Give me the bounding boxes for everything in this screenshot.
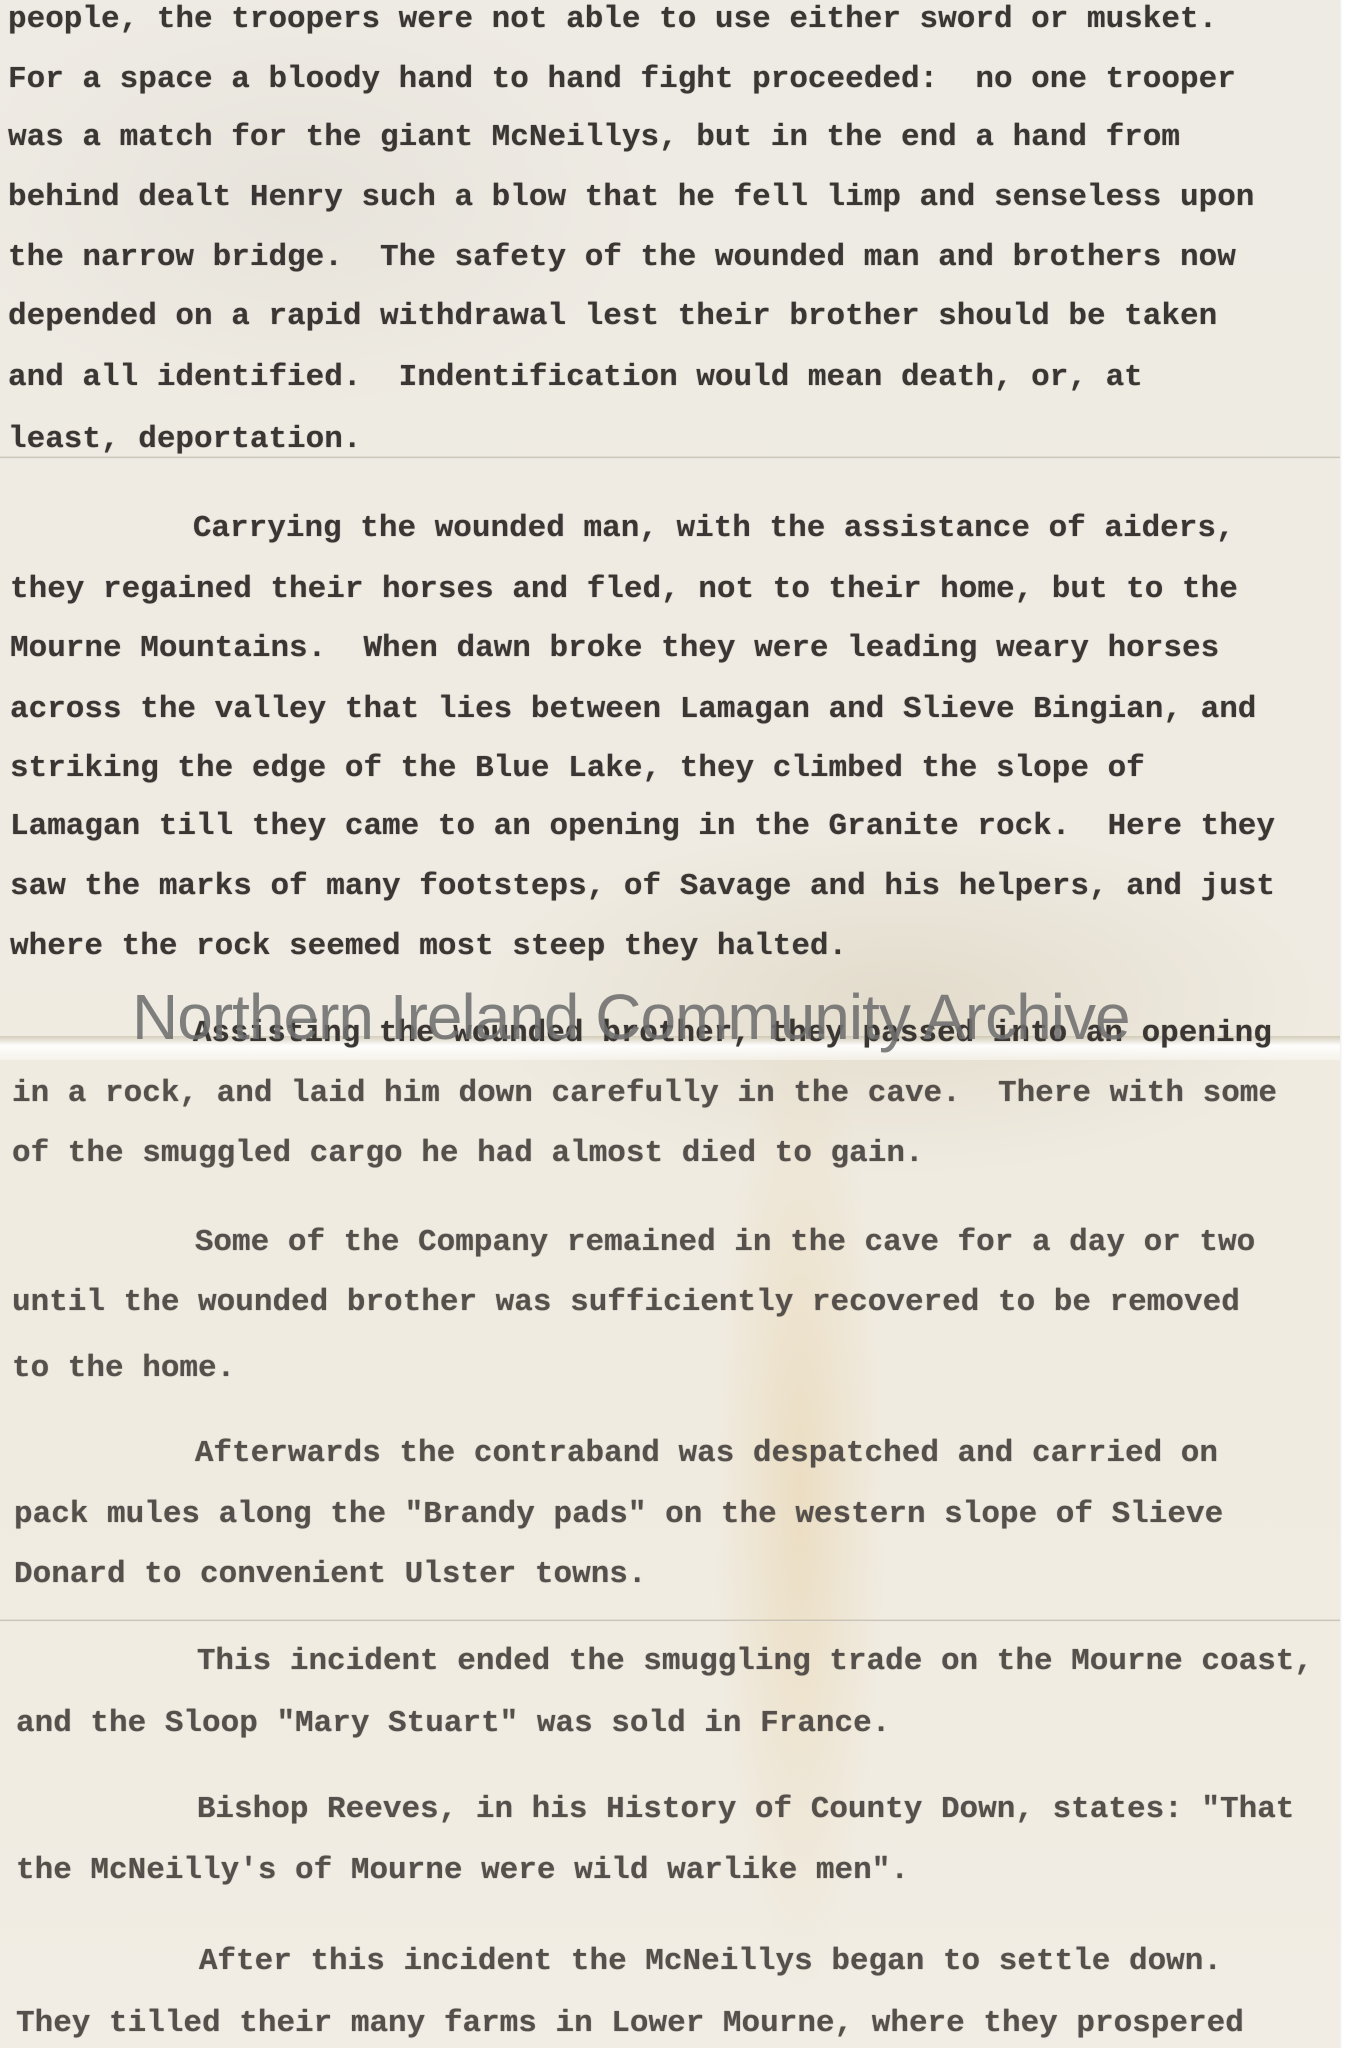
text-line: the narrow bridge. The safety of the wou…: [8, 240, 1236, 276]
text-line: and all identified. Indentification woul…: [8, 360, 1143, 396]
text-line: in a rock, and laid him down carefully i…: [12, 1076, 1277, 1112]
text-line: pack mules along the "Brandy pads" on th…: [14, 1497, 1223, 1533]
text-line: This incident ended the smuggling trade …: [48, 1644, 1313, 1680]
text-line: across the valley that lies between Lama…: [10, 692, 1256, 728]
text-line: until the wounded brother was sufficient…: [12, 1285, 1240, 1321]
text-line: depended on a rapid withdrawal lest thei…: [8, 299, 1217, 335]
text-line: striking the edge of the Blue Lake, they…: [10, 751, 1145, 787]
text-line: saw the marks of many footsteps, of Sava…: [10, 869, 1275, 905]
text-line: of the smuggled cargo he had almost died…: [12, 1136, 924, 1172]
archive-watermark: Northern Ireland Community Archive: [132, 982, 1130, 1052]
text-line: Some of the Company remained in the cave…: [46, 1225, 1255, 1261]
text-line: where the rock seemed most steep they ha…: [10, 929, 847, 965]
text-line: they regained their horses and fled, not…: [10, 572, 1238, 608]
text-line: least, deportation.: [8, 422, 361, 458]
text-line: Donard to convenient Ulster towns.: [14, 1557, 647, 1593]
typewritten-page: people, the troopers were not able to us…: [0, 0, 1340, 2048]
text-line: Afterwards the contraband was despatched…: [46, 1436, 1218, 1472]
text-line: people, the troopers were not able to us…: [8, 2, 1217, 38]
text-line: was a match for the giant McNeillys, but…: [8, 120, 1180, 156]
text-line: Mourne Mountains. When dawn broke they w…: [10, 631, 1219, 667]
paper-fold: [0, 1619, 1340, 1622]
text-line: the McNeilly's of Mourne were wild warli…: [16, 1853, 909, 1889]
text-line: Carrying the wounded man, with the assis…: [44, 511, 1235, 547]
text-line: They tilled their many farms in Lower Mo…: [16, 2006, 1244, 2042]
text-line: For a space a bloody hand to hand fight …: [8, 62, 1236, 98]
text-line: to the home.: [12, 1351, 235, 1387]
text-line: Bishop Reeves, in his History of County …: [48, 1792, 1294, 1828]
text-line: behind dealt Henry such a blow that he f…: [8, 180, 1254, 216]
text-line: and the Sloop "Mary Stuart" was sold in …: [16, 1706, 890, 1742]
text-line: After this incident the McNeillys began …: [50, 1944, 1222, 1980]
text-line: Lamagan till they came to an opening in …: [10, 809, 1275, 845]
